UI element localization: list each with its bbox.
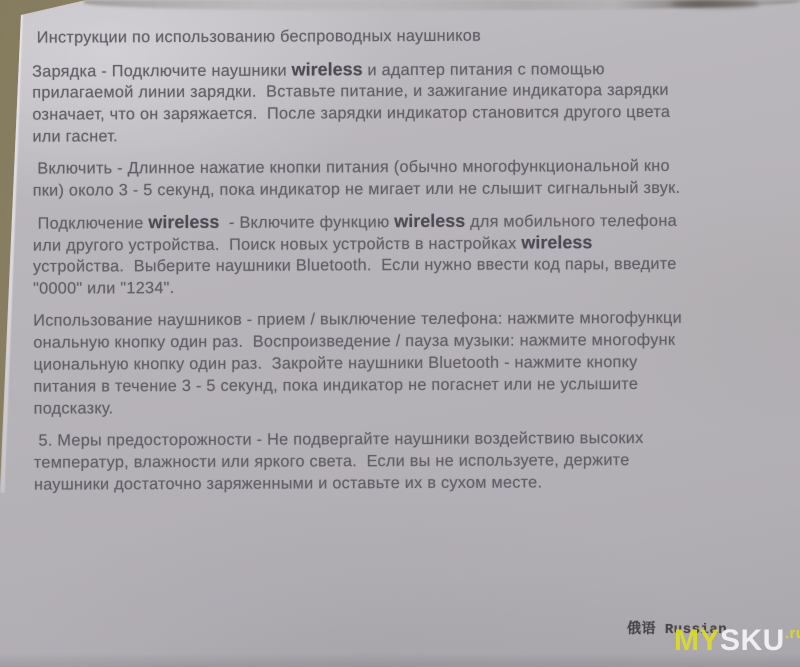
text-segment: пки) около 3 - 5 секунд, пока индикатор …: [33, 179, 681, 200]
text-line: Использование наушников - прием / выключ…: [33, 306, 792, 331]
text-segment: прилагаемой линии зарядки. Вставьте пита…: [32, 81, 669, 102]
text-segment: или гаснет.: [32, 127, 117, 145]
paragraphs-container: Зарядка - Подключите наушники wireless и…: [32, 56, 793, 495]
text-segment: Включить - Длинное нажатие кнопки питани…: [33, 157, 670, 178]
text-segment: "0000" или "1234".: [33, 279, 174, 298]
text-line: "0000" или "1234".: [33, 274, 792, 299]
bottom-shadow: [0, 653, 800, 667]
text-line: или гаснет.: [32, 122, 791, 147]
paragraph: 5. Меры предосторожности - Не подвергайт…: [34, 426, 793, 495]
text-segment: Использование наушников - прием / выключ…: [33, 309, 682, 330]
text-segment: для мобильного телефона: [465, 212, 677, 231]
text-segment: - Включите функцию: [219, 213, 394, 232]
text-line: пки) около 3 - 5 секунд, пока индикатор …: [33, 176, 792, 201]
document-body: Инструкции по использованию беспроводных…: [32, 23, 793, 505]
wireless-word: wireless: [394, 211, 465, 231]
watermark-ru: .ru: [785, 625, 800, 642]
text-line: подсказку.: [34, 394, 793, 419]
text-segment: температур, влажности или яркого света. …: [34, 451, 630, 472]
wireless-word: wireless: [148, 212, 219, 232]
paper: Инструкции по использованию беспроводных…: [0, 0, 800, 667]
paper-edge-highlight: [1, 13, 23, 493]
wireless-word: wireless: [521, 232, 592, 252]
text-segment: Подключение: [33, 214, 149, 233]
text-segment: циональную кнопку один раз. Закройте нау…: [33, 353, 637, 374]
text-segment: наушники достаточно заряженными и оставь…: [34, 473, 542, 493]
photo-background: Инструкции по использованию беспроводных…: [0, 0, 800, 667]
text-segment: и адаптер питания с помощью: [363, 60, 605, 79]
text-segment: Зарядка - Подключите наушники: [32, 62, 292, 81]
text-segment: подсказку.: [34, 399, 114, 417]
paragraph: Включить - Длинное нажатие кнопки питани…: [33, 154, 792, 201]
text-segment: 5. Меры предосторожности - Не подвергайт…: [34, 429, 644, 450]
text-segment: питания в течение 3 - 5 секунд, пока инд…: [33, 375, 638, 396]
text-segment: означает, что он заряжается. После заряд…: [32, 103, 670, 124]
wireless-word: wireless: [292, 59, 363, 79]
paragraph: Использование наушников - прием / выключ…: [33, 306, 792, 419]
text-line: наушники достаточно заряженными и оставь…: [34, 470, 793, 495]
paragraph: Зарядка - Подключите наушники wireless и…: [32, 56, 791, 147]
text-segment: или другого устройства. Поиск новых устр…: [33, 235, 521, 255]
torn-edge-smudge: [670, 0, 760, 8]
paragraph: Подключение wireless - Включите функцию …: [33, 208, 792, 299]
text-segment: ональную кнопку один раз. Воспроизведени…: [33, 331, 675, 352]
document-title: Инструкции по использованию беспроводных…: [32, 23, 791, 48]
text-segment: устройства. Выберите наушники Bluetooth.…: [33, 255, 677, 276]
